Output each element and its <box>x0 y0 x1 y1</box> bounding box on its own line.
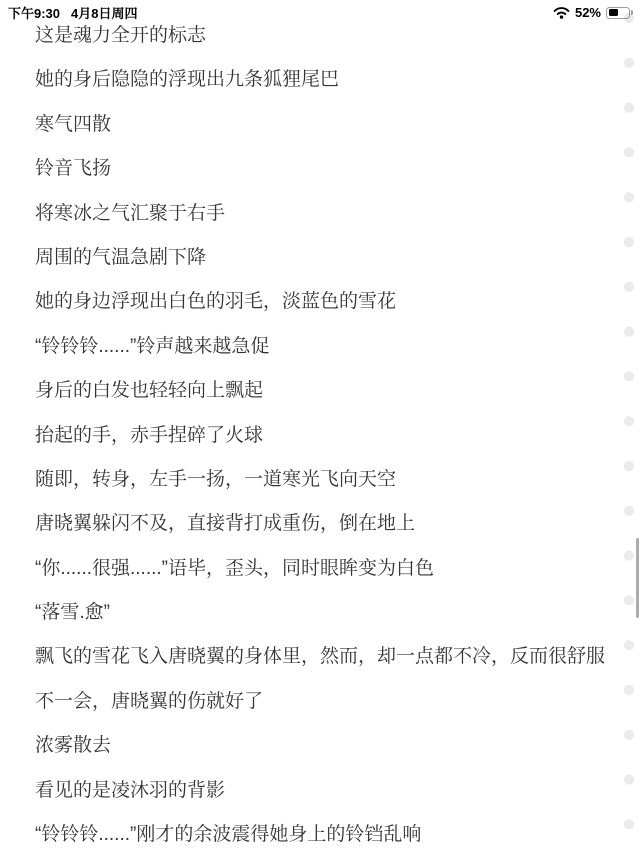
paragraph: “你......很强......”语毕，歪头，同时眼眸变为白色 <box>35 547 585 591</box>
paragraph: “铃铃铃......”刚才的余波震得她身上的铃铛乱响 <box>35 813 585 853</box>
status-bar: 下午9:30 4月8日周四 52% <box>0 0 640 24</box>
scrollbar-thumb[interactable] <box>636 538 639 618</box>
paragraph-dot-track <box>623 12 635 832</box>
paragraph: 不一会，唐晓翼的伤就好了 <box>35 680 585 724</box>
wifi-icon <box>553 5 570 19</box>
status-time: 下午9:30 <box>8 3 60 22</box>
paragraph: 飘飞的雪花飞入唐晓翼的身体里，然而，却一点都不冷，反而很舒服 <box>35 635 585 679</box>
paragraph: “铃铃铃......”铃声越来越急促 <box>35 325 585 369</box>
battery-nub <box>631 10 633 15</box>
battery-body <box>606 7 630 19</box>
battery-fill <box>609 9 619 16</box>
paragraph: 唐晓翼躲闪不及，直接背打成重伤，倒在地上 <box>35 502 585 546</box>
paragraph: 她的身后隐隐的浮现出九条狐狸尾巴 <box>35 58 585 102</box>
battery-icon <box>606 7 633 19</box>
battery-percent-label: 52% <box>575 5 601 20</box>
paragraph: 将寒冰之气汇聚于右手 <box>35 192 585 236</box>
paragraph: “落雪.愈” <box>35 591 585 635</box>
paragraph: 浓雾散去 <box>35 724 585 768</box>
paragraph: 铃音飞扬 <box>35 147 585 191</box>
status-right: 52% <box>553 5 633 20</box>
paragraph: 寒气四散 <box>35 103 585 147</box>
reader-content[interactable]: 这是魂力全开的标志 她的身后隐隐的浮现出九条狐狸尾巴 寒气四散 铃音飞扬 将寒冰… <box>35 14 585 853</box>
paragraph: 她的身边浮现出白色的羽毛，淡蓝色的雪花 <box>35 280 585 324</box>
paragraph: 随即，转身，左手一扬，一道寒光飞向天空 <box>35 458 585 502</box>
paragraph: 抬起的手，赤手捏碎了火球 <box>35 414 585 458</box>
status-date: 4月8日周四 <box>71 3 137 22</box>
paragraph: 周围的气温急剧下降 <box>35 236 585 280</box>
status-left: 下午9:30 4月8日周四 <box>8 3 138 22</box>
paragraph: 身后的白发也轻轻向上飘起 <box>35 369 585 413</box>
paragraph: 看见的是凌沐羽的背影 <box>35 769 585 813</box>
